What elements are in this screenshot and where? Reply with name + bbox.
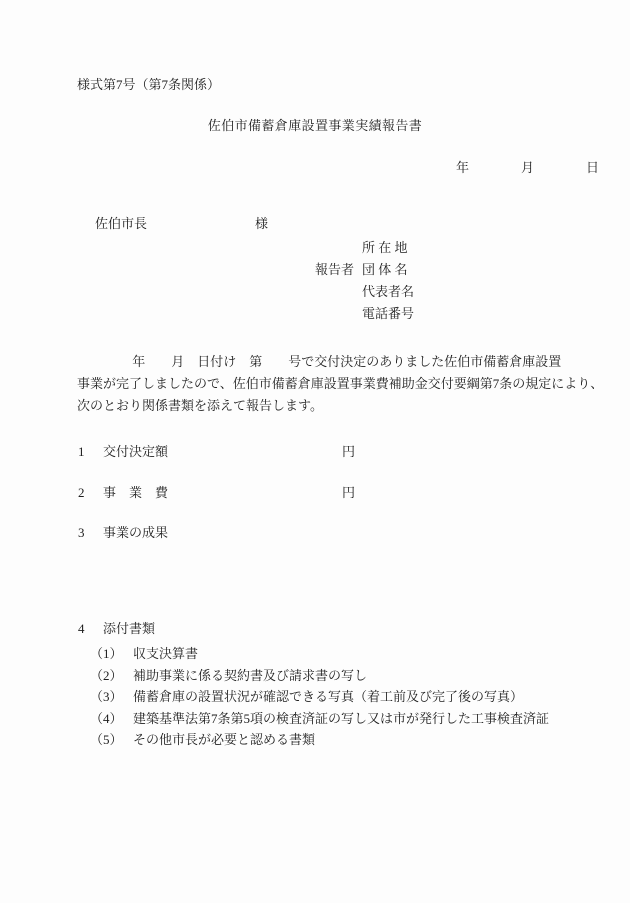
addressee: 佐伯市長 (95, 216, 147, 231)
date-line: 年 月 日 (456, 159, 599, 177)
reporter-field-representative: 代表者名 (362, 283, 414, 301)
attachment-1-number: （1） (90, 645, 123, 663)
form-number: 様式第7号（第7条関係） (77, 76, 220, 94)
item-1-unit: 円 (342, 443, 355, 461)
reporter-field-organization: 団 体 名 (362, 261, 408, 279)
addressee-honorific: 様 (255, 216, 268, 231)
document-page: 様式第7号（第7条関係） 佐伯市備蓄倉庫設置事業実績報告書 年 月 日 佐伯市長… (0, 0, 630, 903)
attachment-4-number: （4） (90, 710, 123, 728)
reporter-label: 報告者 (315, 261, 354, 279)
item-2-label: 事 業 費 (103, 484, 168, 502)
item-1-label: 交付決定額 (103, 443, 168, 461)
item-4-label: 添付書類 (103, 620, 155, 638)
body-line-1: 年 月 日付け 第 号で交付決定のありました佐伯市備蓄倉庫設置 (77, 353, 561, 371)
item-1-number: 1 (78, 443, 85, 461)
reporter-field-phone: 電話番号 (362, 305, 414, 323)
attachment-2-text: 補助事業に係る契約書及び請求書の写し (133, 667, 367, 685)
attachment-3-text: 備蓄倉庫の設置状況が確認できる写真（着工前及び完了後の写真） (133, 688, 523, 706)
document-title: 佐伯市備蓄倉庫設置事業実績報告書 (0, 117, 630, 135)
item-3-number: 3 (78, 524, 85, 542)
attachment-2-number: （2） (90, 667, 123, 685)
attachment-5-number: （5） (90, 731, 123, 749)
body-line-2: 事業が完了しましたので、佐伯市備蓄倉庫設置事業費補助金交付要綱第7条の規定により… (77, 375, 603, 393)
item-2-number: 2 (78, 484, 85, 502)
reporter-field-address: 所 在 地 (362, 239, 408, 257)
body-line-3: 次のとおり関係書類を添えて報告します。 (77, 397, 323, 415)
addressee-line: 佐伯市長様 (82, 197, 268, 251)
item-3-label: 事業の成果 (103, 524, 168, 542)
attachment-1-text: 収支決算書 (133, 645, 198, 663)
item-4-number: 4 (78, 620, 85, 638)
item-2-unit: 円 (342, 484, 355, 502)
attachment-3-number: （3） (90, 688, 123, 706)
attachment-5-text: その他市長が必要と認める書類 (133, 731, 315, 749)
attachment-4-text: 建築基準法第7条第5項の検査済証の写し又は市が発行した工事検査済証 (133, 710, 549, 728)
